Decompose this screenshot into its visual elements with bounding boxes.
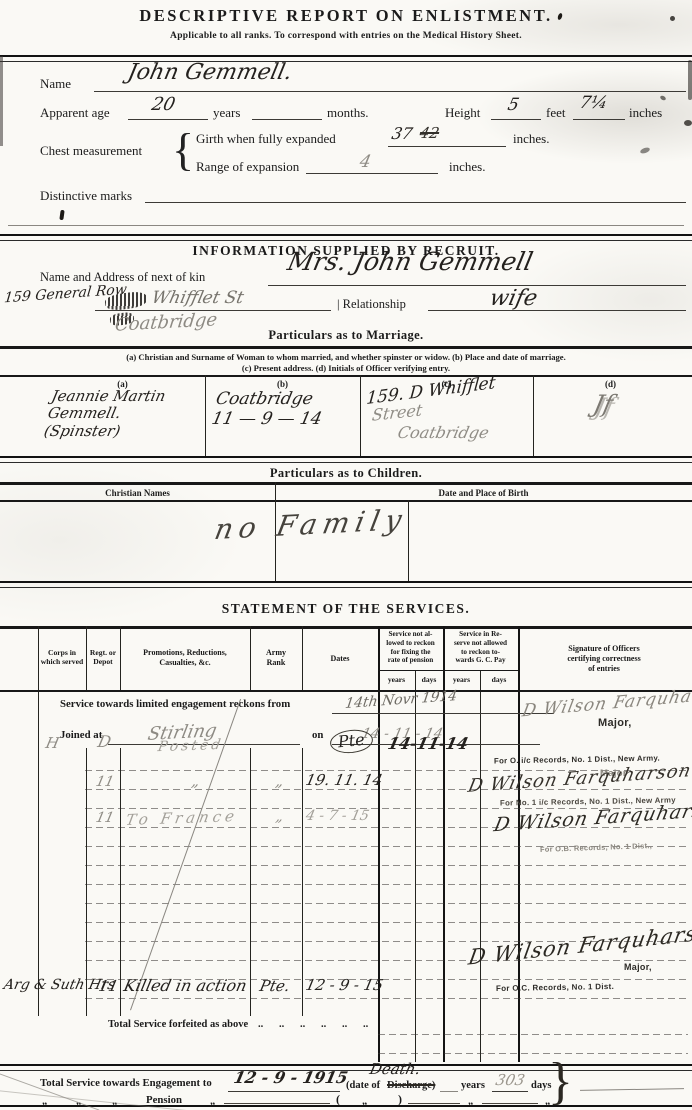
engagement-date-handwriting: 12 - 9 - 1915 <box>232 1068 350 1087</box>
distinctive-marks-label: Distinctive marks <box>40 188 132 204</box>
divider-rule <box>0 1105 692 1110</box>
column-divider <box>86 748 87 1016</box>
table-rule <box>0 375 692 377</box>
expansion-label: Range of expansion <box>196 159 299 175</box>
table-rule <box>0 346 692 349</box>
row2-regt-handwriting: 11 <box>94 774 115 790</box>
col-dates-header: Dates <box>302 654 378 664</box>
column-divider <box>120 748 121 1016</box>
column-divider <box>250 748 251 1016</box>
joined-at-label: Joined at <box>60 729 102 741</box>
row3-date-handwriting: 4 - 7 - 15 <box>304 808 370 824</box>
days-value-handwriting: 303 <box>494 1071 526 1089</box>
total-engagement-label: Total Service towards Engagement to <box>40 1077 212 1089</box>
marriage-note-1: (a) Christian and Surname of Woman to wh… <box>0 352 692 362</box>
column-divider <box>275 482 276 500</box>
height-label: Height <box>445 105 480 121</box>
no-family-handwriting: no Family <box>212 503 411 546</box>
feet-label: feet <box>546 105 565 121</box>
age-underline <box>128 118 208 120</box>
present-address-line3-handwriting: Coatbridge <box>396 423 491 442</box>
edge-smudge <box>0 56 3 146</box>
expansion-value-handwriting: 4 <box>358 152 373 172</box>
row1-date-handwriting: 14-11-14 <box>386 734 470 753</box>
girth-inches-label: inches. <box>513 131 549 147</box>
col-promotions-header: Promotions, Reductions, Casualties, &c. <box>120 648 250 668</box>
relationship-value-handwriting: wife <box>487 286 539 311</box>
col-reserve-header: Service in Re- serve not allowed to reck… <box>443 630 518 665</box>
children-title: Particulars as to Children. <box>0 466 692 481</box>
years-label: years <box>461 1080 485 1091</box>
reckons-from-label: Service towards limited engagement recko… <box>60 698 290 710</box>
pension-years-subheader: years <box>378 675 415 684</box>
chest-brace: { <box>172 123 194 176</box>
divider-rule <box>0 55 692 62</box>
date-of-label: (date of <box>346 1080 380 1091</box>
wife-name-handwriting: Jeannie Martin Gemmell. (Spinster) <box>43 388 168 440</box>
apparent-age-label: Apparent age <box>40 105 110 121</box>
relationship-underline <box>428 309 686 311</box>
blank-line <box>580 1087 684 1091</box>
subheader-rule <box>378 670 518 671</box>
page-subtitle: Applicable to all ranks. To correspond w… <box>0 31 692 41</box>
age-value-handwriting: 20 <box>150 94 177 115</box>
months-underline <box>252 118 322 120</box>
expansion-underline <box>306 172 438 174</box>
days-underline <box>492 1090 528 1092</box>
col-pension-header: Service not al- lowed to reckon for fixi… <box>378 630 443 665</box>
marriage-place-date-handwriting: Coatbridge 11 — 9 — 14 <box>210 390 328 429</box>
chest-label: Chest measurement <box>40 143 142 159</box>
name-label: Name <box>40 76 71 92</box>
table-rule <box>0 482 692 485</box>
girth-struck-value: 42 <box>418 124 441 142</box>
divider-rule <box>0 456 692 463</box>
row1-corps-handwriting: H <box>44 734 61 752</box>
height-inches-handwriting: 7¼ <box>578 93 610 113</box>
forfeited-label: Total Service forfeited as above <box>108 1019 248 1030</box>
girth-value-handwriting: 37 <box>390 124 414 143</box>
marriage-title: Particulars as to Marriage. <box>0 328 692 343</box>
name-underline <box>94 90 686 92</box>
feet-underline <box>491 118 541 120</box>
row1-regt-handwriting: D <box>96 732 113 751</box>
height-feet-handwriting: 5 <box>506 95 521 115</box>
col-signature-header: Signature of Officers certifying correct… <box>518 644 690 673</box>
edge-smudge <box>688 60 692 100</box>
table-rule <box>0 500 692 502</box>
row1-promotion-handwriting: Posted <box>157 737 225 755</box>
marriage-col-b: (b) <box>205 379 360 389</box>
pension-dash <box>408 1102 460 1104</box>
killed-rank-handwriting: Pte. <box>258 977 292 995</box>
present-address-line2-handwriting: Street <box>371 400 423 425</box>
forfeited-dots: .. .. .. .. .. .. <box>258 1019 368 1030</box>
expansion-inches-label: inches. <box>449 159 485 175</box>
divider-rule <box>0 581 692 588</box>
divider-rule <box>0 234 692 241</box>
killed-regt-handwriting: 11 <box>97 977 120 995</box>
pension-dash <box>224 1102 330 1104</box>
blank-line <box>8 224 684 226</box>
officer-rank-4: Major, <box>624 962 652 972</box>
officer-rank-1: Major, <box>598 717 632 729</box>
kin-name-handwriting: Mrs. John Gemmell <box>285 247 536 276</box>
girth-label: Girth when fully expanded <box>196 131 336 147</box>
row2-date-handwriting: 19. 11. 14 <box>304 771 384 789</box>
reckons-underline <box>332 712 554 714</box>
months-label: months. <box>327 105 369 121</box>
killed-date-handwriting: 12 - 9 - 15 <box>304 976 385 994</box>
ink-speck <box>670 16 675 21</box>
relationship-label: | Relationship <box>337 297 406 312</box>
inches-label: inches <box>629 105 662 121</box>
reserve-years-subheader: years <box>443 675 480 684</box>
girth-underline <box>388 145 506 147</box>
reserve-days-subheader: days <box>480 675 518 684</box>
killed-promotion-handwriting: Killed in action <box>122 976 249 995</box>
services-title: STATEMENT OF THE SERVICES. <box>0 601 692 617</box>
ink-speck <box>659 95 666 101</box>
column-divider <box>38 626 39 1016</box>
years-dash <box>440 1090 458 1092</box>
children-col-birth: Date and Place of Birth <box>275 488 692 498</box>
row3-regt-handwriting: 11 <box>94 810 115 826</box>
column-divider <box>302 748 303 1016</box>
officer-signature-1: D Wilson Farquharson <box>520 683 692 722</box>
ruled-lines <box>378 1016 688 1062</box>
years-label: years <box>213 105 240 121</box>
marriage-col-d: (d) <box>533 379 688 389</box>
ink-speck <box>684 120 692 126</box>
children-col-names: Christian Names <box>0 488 275 498</box>
officer-initials-handwriting: Jf <box>591 390 615 418</box>
name-value-handwriting: John Gemmell. <box>125 60 294 85</box>
pension-dash <box>482 1102 538 1104</box>
engagement-date-underline <box>228 1090 340 1092</box>
col-corps-header: Corps in which served <box>38 648 86 667</box>
marks-underline <box>145 201 686 203</box>
table-rule <box>0 690 692 692</box>
col-regt-header: Regt. or Depot <box>86 648 120 667</box>
kin-address-line2-handwriting: Whifflet St <box>150 288 246 308</box>
totals-brace: } <box>548 1052 573 1110</box>
table-rule <box>0 626 692 629</box>
enlistment-report-page: DESCRIPTIVE REPORT ON ENLISTMENT. Applic… <box>0 0 692 1110</box>
col-rank-header: Army Rank <box>250 648 302 668</box>
discharge-label-struck: Discharge) <box>387 1080 435 1091</box>
on-label: on <box>312 729 323 741</box>
ink-blot <box>59 210 64 220</box>
kin-underline <box>268 284 686 286</box>
page-title: DESCRIPTIVE REPORT ON ENLISTMENT. <box>0 6 692 26</box>
inches-underline <box>573 118 625 120</box>
pension-days-subheader: days <box>415 675 443 684</box>
marriage-note-2: (c) Present address. (d) Initials of Off… <box>0 363 692 373</box>
smudge <box>639 146 650 154</box>
death-overwrite-handwriting: Death. <box>368 1060 422 1078</box>
